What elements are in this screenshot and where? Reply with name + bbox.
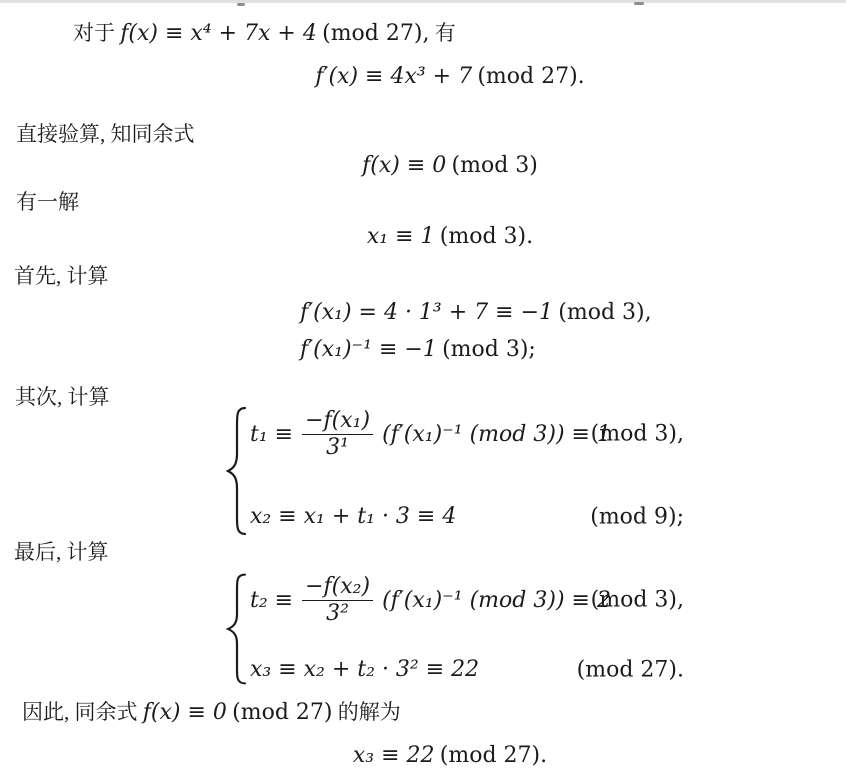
paragraph-first: 首先, 计算 [14,263,109,290]
equation-t2-mod: (mod 3), [591,588,684,613]
paragraph-intro-lead: 对于 [73,21,115,45]
equation-x1-mod: (mod 3). [440,224,533,249]
equation-system-1: t₁ ≡ −f(x₁) 3¹ (f′(x₁)⁻¹ (mod 3)) ≡ 1 (m… [225,405,684,537]
paragraph-intro: 对于 f(x) ≡ x⁴ + 7x + 4 (mod 27), 有 [73,20,456,49]
fraction-t1-denominator: 3¹ [302,434,373,460]
equation-t2-rest: (f′(x₁)⁻¹ (mod 3)) ≡ 2 [382,588,611,613]
paragraph-conclusion-tail: 的解为 [338,700,401,724]
display-equation-congruence: f(x) ≡ 0 (mod 3) [54,152,846,181]
equation-fprime-value-mod: (mod 3), [558,300,651,325]
equation-x3-math: x₃ ≡ x₂ + t₂ · 3² ≡ 22 [250,657,479,682]
equation-x1-math: x₁ ≡ 1 [367,224,435,249]
equation-congruence-mod: (mod 3) [452,153,538,178]
display-equation-derivative: f′(x) ≡ 4x³ + 7 (mod 27). [54,63,846,92]
paragraph-verify: 直接验算, 知同余式 [16,121,195,148]
fraction-t1-numerator: −f(x₁) [302,409,373,434]
equation-system-2: t₂ ≡ −f(x₂) 3² (f′(x₁)⁻¹ (mod 3)) ≡ 2 (m… [225,572,684,686]
display-equation-fprime-value: f′(x₁) = 4 · 1³ + 7 ≡ −1 (mod 3), [300,299,652,328]
document-page: 对于 f(x) ≡ x⁴ + 7x + 4 (mod 27), 有 f′(x) … [0,0,846,777]
equation-fprime-inverse-math: f′(x₁)⁻¹ ≡ −1 [300,337,437,362]
equation-t1-lead: t₁ ≡ [250,422,293,447]
equation-t2: t₂ ≡ −f(x₂) 3² (f′(x₁)⁻¹ (mod 3)) ≡ 2 (m… [250,575,684,626]
equation-t1-mod: (mod 3), [591,422,684,447]
equation-derivative-mod: (mod 27). [477,64,584,89]
left-curly-brace [225,405,247,537]
display-equation-fprime-inverse: f′(x₁)⁻¹ ≡ −1 (mod 3); [300,336,536,365]
equation-final-math: x₃ ≡ 22 [353,743,435,768]
fraction-t2-denominator: 3² [302,600,373,626]
equation-x3-mod: (mod 27). [577,657,684,682]
equation-fprime-inverse-mod: (mod 3); [442,337,536,362]
fraction-t1: −f(x₁) 3¹ [302,409,373,460]
equation-fprime-value-math: f′(x₁) = 4 · 1³ + 7 ≡ −1 [300,300,553,325]
left-curly-brace [225,572,247,686]
equation-t1: t₁ ≡ −f(x₁) 3¹ (f′(x₁)⁻¹ (mod 3)) ≡ 1 (m… [250,409,684,460]
fraction-t2-numerator: −f(x₂) [302,575,373,600]
paragraph-conclusion: 因此, 同余式 f(x) ≡ 0 (mod 27) 的解为 [22,699,401,728]
equation-x2-mod: (mod 9); [590,504,684,529]
display-equation-x1: x₁ ≡ 1 (mod 3). [54,223,846,252]
equation-derivative-math: f′(x) ≡ 4x³ + 7 [315,64,472,89]
equation-final-mod: (mod 27). [440,743,547,768]
paragraph-solution: 有一解 [16,189,79,216]
equation-congruence-math: f(x) ≡ 0 [362,153,446,178]
display-equation-final: x₃ ≡ 22 (mod 27). [54,742,846,771]
conclusion-formula: f(x) ≡ 0 [143,700,227,725]
paragraph-second: 其次, 计算 [15,384,110,411]
inline-mod-27: (mod 27), [322,21,429,46]
equation-x3: x₃ ≡ x₂ + t₂ · 3² ≡ 22 (mod 27). [250,657,684,682]
scan-speck [634,2,644,5]
fraction-t2: −f(x₂) 3² [302,575,373,626]
conclusion-mod: (mod 27) [232,700,332,725]
scan-speck [237,3,245,6]
equation-x2-math: x₂ ≡ x₁ + t₁ · 3 ≡ 4 [250,504,456,529]
equation-t2-lead: t₂ ≡ [250,588,293,613]
equation-x2: x₂ ≡ x₁ + t₁ · 3 ≡ 4 (mod 9); [250,504,684,529]
paragraph-intro-tail: 有 [435,21,456,45]
paragraph-conclusion-lead: 因此, 同余式 [22,700,138,724]
paragraph-last: 最后, 计算 [14,539,109,566]
scan-edge-band [0,0,846,3]
inline-formula-fx: f(x) ≡ x⁴ + 7x + 4 [120,21,317,46]
equation-t1-rest: (f′(x₁)⁻¹ (mod 3)) ≡ 1 [382,422,611,447]
